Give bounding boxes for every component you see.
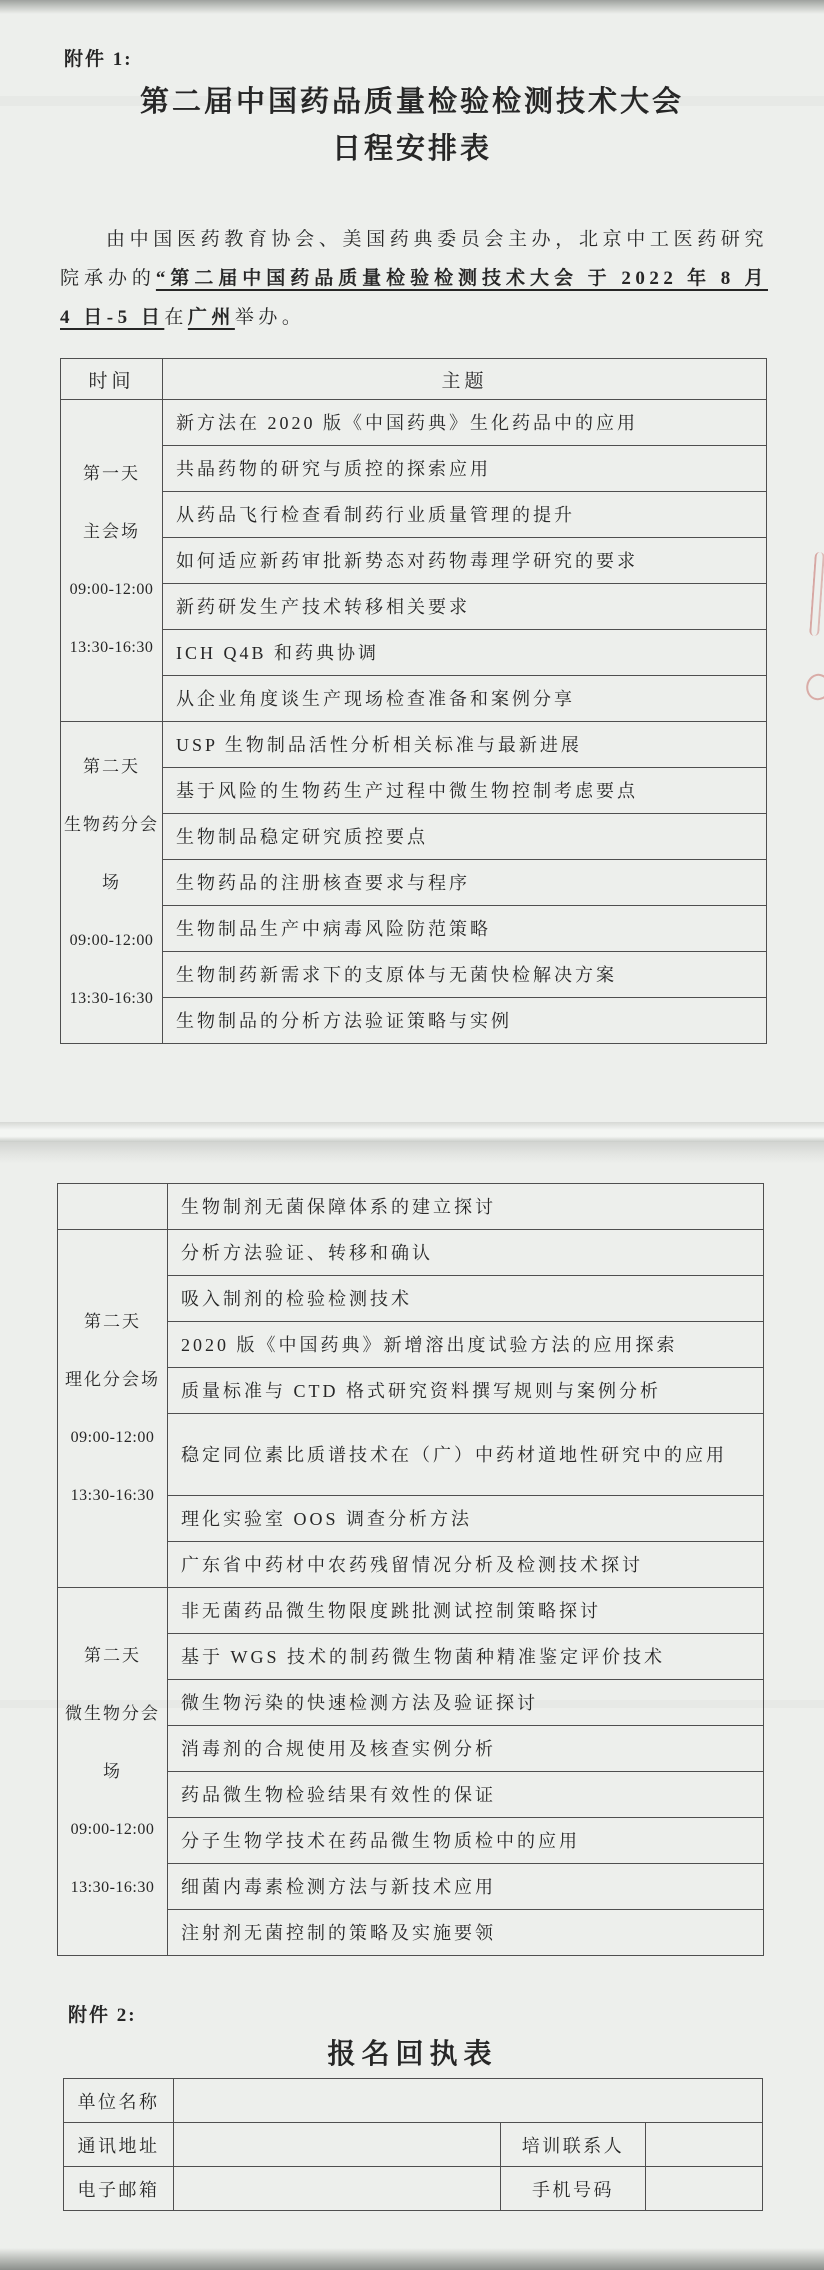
- topic-cell: 注射剂无菌控制的策略及实施要领: [168, 1910, 764, 1956]
- table-row: 生物制品生产中病毒风险防范策略: [61, 906, 767, 952]
- table-row: 生物制剂无菌保障体系的建立探讨: [58, 1184, 764, 1230]
- email-label: 电子邮箱: [64, 2167, 174, 2211]
- day2-phys-time-cell: 第二天 理化分会场 09:00-12:00 13:30-16:30: [58, 1230, 168, 1588]
- table-row: 第一天 主会场 09:00-12:00 13:30-16:30 新方法在 202…: [61, 400, 767, 446]
- time-line: 第一天: [63, 445, 160, 503]
- topic-cell: 分析方法验证、转移和确认: [168, 1230, 764, 1276]
- trainer-contact-label: 培训联系人: [501, 2123, 646, 2167]
- header-topic-cell: 主题: [163, 359, 767, 400]
- attachment2-label: 附件 2:: [68, 2000, 137, 2027]
- topic-cell: 2020 版《中国药典》新增溶出度试验方法的应用探索: [168, 1322, 764, 1368]
- time-line: 场: [60, 1743, 165, 1801]
- scan-edge-bottom: [0, 2248, 824, 2270]
- scanned-document: 附件 1: 第二届中国药品质量检验检测技术大会 日程安排表 由中国医药教育协会、…: [0, 0, 824, 2270]
- topic-cell: 非无菌药品微生物限度跳批测试控制策略探讨: [168, 1588, 764, 1634]
- attachment1-label: 附件 1:: [64, 44, 133, 71]
- topic-cell: 消毒剂的合规使用及核查实例分析: [168, 1726, 764, 1772]
- table-row: 通讯地址 培训联系人: [64, 2123, 763, 2167]
- table-row: 生物药品的注册核查要求与程序: [61, 860, 767, 906]
- table-row: 第二天 生物药分会 场 09:00-12:00 13:30-16:30 USP …: [61, 722, 767, 768]
- topic-cell: 从企业角度谈生产现场检查准备和案例分享: [163, 676, 767, 722]
- table-row: 第二天 微生物分会 场 09:00-12:00 13:30-16:30 非无菌药…: [58, 1588, 764, 1634]
- time-line: 生物药分会: [63, 796, 160, 854]
- intro-text: 举办。: [235, 307, 306, 328]
- page-break-gap: [0, 1122, 824, 1142]
- schedule-table-page2: 生物制剂无菌保障体系的建立探讨 第二天 理化分会场 09:00-12:00 13…: [57, 1183, 764, 1956]
- table-row: 生物制品的分析方法验证策略与实例: [61, 998, 767, 1044]
- topic-cell: 生物制品稳定研究质控要点: [163, 814, 767, 860]
- time-line: 第二天: [63, 738, 160, 796]
- topic-cell: 微生物污染的快速检测方法及验证探讨: [168, 1680, 764, 1726]
- page2-top-edge: [0, 1142, 824, 1164]
- table-row: 如何适应新药审批新势态对药物毒理学研究的要求: [61, 538, 767, 584]
- topic-cell: 广东省中药材中农药残留情况分析及检测技术探讨: [168, 1542, 764, 1588]
- continuation-time-cell: [58, 1184, 168, 1230]
- topic-cell: 生物制药新需求下的支原体与无菌快检解决方案: [163, 952, 767, 998]
- topic-cell: 从药品飞行检查看制药行业质量管理的提升: [163, 492, 767, 538]
- intro-emphasis-city: 广州: [188, 307, 235, 328]
- scan-edge-top: [0, 0, 824, 14]
- address-label: 通讯地址: [64, 2123, 174, 2167]
- day2-bio-time-cell: 第二天 生物药分会 场 09:00-12:00 13:30-16:30: [61, 722, 163, 1044]
- topic-cell: 新方法在 2020 版《中国药典》生化药品中的应用: [163, 400, 767, 446]
- red-ink-mark: [803, 671, 824, 702]
- time-line: 第二天: [60, 1293, 165, 1351]
- table-row: 从药品飞行检查看制药行业质量管理的提升: [61, 492, 767, 538]
- document-title: 第二届中国药品质量检验检测技术大会: [0, 79, 824, 120]
- table-row: 生物制品稳定研究质控要点: [61, 814, 767, 860]
- topic-cell: 药品微生物检验结果有效性的保证: [168, 1772, 764, 1818]
- time-line: 09:00-12:00: [60, 1409, 165, 1467]
- topic-cell: 生物制剂无菌保障体系的建立探讨: [168, 1184, 764, 1230]
- mobile-label: 手机号码: [501, 2167, 646, 2211]
- topic-cell: 理化实验室 OOS 调查分析方法: [168, 1496, 764, 1542]
- topic-cell: 生物制品的分析方法验证策略与实例: [163, 998, 767, 1044]
- topic-cell: USP 生物制品活性分析相关标准与最新进展: [163, 722, 767, 768]
- table-row: 单位名称: [64, 2079, 763, 2123]
- red-ink-mark: [809, 552, 824, 636]
- day1-time-cell: 第一天 主会场 09:00-12:00 13:30-16:30: [61, 400, 163, 722]
- unit-name-field: [174, 2079, 763, 2123]
- topic-cell: 基于 WGS 技术的制药微生物菌种精准鉴定评价技术: [168, 1634, 764, 1680]
- intro-paragraph: 由中国医药教育协会、美国药典委员会主办，北京中工医药研究院承办的“第二届中国药品…: [60, 220, 768, 337]
- topic-cell: 质量标准与 CTD 格式研究资料撰写规则与案例分析: [168, 1368, 764, 1414]
- schedule-header-row: 时间 主题: [61, 359, 767, 400]
- table-row: ICH Q4B 和药典协调: [61, 630, 767, 676]
- topic-cell: 新药研发生产技术转移相关要求: [163, 584, 767, 630]
- time-line: 第二天: [60, 1627, 165, 1685]
- trainer-contact-field: [646, 2123, 763, 2167]
- topic-cell: 吸入制剂的检验检测技术: [168, 1276, 764, 1322]
- table-row: 共晶药物的研究与质控的探索应用: [61, 446, 767, 492]
- reply-form-table: 单位名称 通讯地址 培训联系人 电子邮箱 手机号码: [63, 2078, 763, 2211]
- time-line: 微生物分会: [60, 1685, 165, 1743]
- table-row: 电子邮箱 手机号码: [64, 2167, 763, 2211]
- intro-text: 在: [164, 307, 188, 328]
- address-field: [174, 2123, 501, 2167]
- document-subtitle: 日程安排表: [0, 126, 824, 167]
- table-row: 基于风险的生物药生产过程中微生物控制考虑要点: [61, 768, 767, 814]
- topic-cell: 生物制品生产中病毒风险防范策略: [163, 906, 767, 952]
- table-row: 生物制药新需求下的支原体与无菌快检解决方案: [61, 952, 767, 998]
- time-line: 13:30-16:30: [60, 1859, 165, 1917]
- schedule-table-page1: 时间 主题 第一天 主会场 09:00-12:00 13:30-16:30 新方…: [60, 358, 767, 1044]
- topic-cell: 细菌内毒素检测方法与新技术应用: [168, 1864, 764, 1910]
- topic-cell: 稳定同位素比质谱技术在（广）中药材道地性研究中的应用: [168, 1414, 764, 1496]
- table-row: 第二天 理化分会场 09:00-12:00 13:30-16:30 分析方法验证…: [58, 1230, 764, 1276]
- day2-micro-time-cell: 第二天 微生物分会 场 09:00-12:00 13:30-16:30: [58, 1588, 168, 1956]
- topic-cell: 分子生物学技术在药品微生物质检中的应用: [168, 1818, 764, 1864]
- table-row: 新药研发生产技术转移相关要求: [61, 584, 767, 630]
- table-row: 从企业角度谈生产现场检查准备和案例分享: [61, 676, 767, 722]
- topic-cell: 如何适应新药审批新势态对药物毒理学研究的要求: [163, 538, 767, 584]
- time-line: 13:30-16:30: [60, 1467, 165, 1525]
- time-line: 13:30-16:30: [63, 970, 160, 1028]
- topic-cell: 基于风险的生物药生产过程中微生物控制考虑要点: [163, 768, 767, 814]
- mobile-field: [646, 2167, 763, 2211]
- topic-cell: 共晶药物的研究与质控的探索应用: [163, 446, 767, 492]
- time-line: 09:00-12:00: [63, 912, 160, 970]
- unit-name-label: 单位名称: [64, 2079, 174, 2123]
- time-line: 理化分会场: [60, 1351, 165, 1409]
- time-line: 09:00-12:00: [60, 1801, 165, 1859]
- topic-cell: ICH Q4B 和药典协调: [163, 630, 767, 676]
- time-line: 主会场: [63, 503, 160, 561]
- time-line: 09:00-12:00: [63, 561, 160, 619]
- time-line: 13:30-16:30: [63, 619, 160, 677]
- time-line: 场: [63, 854, 160, 912]
- topic-cell: 生物药品的注册核查要求与程序: [163, 860, 767, 906]
- email-field: [174, 2167, 501, 2211]
- header-time-cell: 时间: [61, 359, 163, 400]
- reply-form-title: 报名回执表: [63, 2032, 762, 2072]
